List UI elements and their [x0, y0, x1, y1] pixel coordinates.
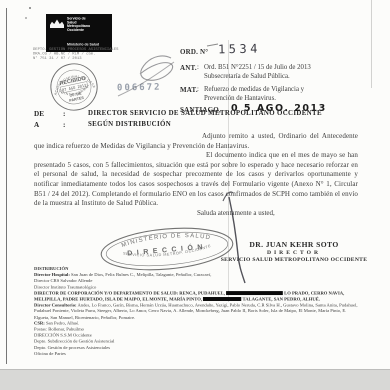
de-label: DE [34, 110, 44, 118]
a-label: A [34, 121, 39, 129]
signatory-organization: SERVICIO SALUD METROPOLITANO OCCIDENTE [215, 257, 373, 263]
mat-line1: Refuerzo de medidas de Vigilancia y [204, 86, 364, 95]
ant-line2: Subsecretaría de Salud Pública. [204, 73, 364, 82]
scanner-background [0, 369, 390, 390]
ord-number: 1534 [218, 42, 261, 57]
folio-number: 006672 [117, 83, 162, 94]
signatory-name: DR. JUAN KEHR SOTO [215, 240, 373, 249]
distribution-text: San Juan de Dios, Felix Bulnes C., Melip… [70, 272, 212, 277]
a-colon: : [63, 121, 65, 129]
scanned-document-page: Servicio de Salud Metropolitano Occident… [0, 0, 390, 390]
distribution-text: RENCA, PUDAHUEL, [178, 290, 226, 295]
ant-line1: Ord. B51 N°2251 / 15 de Julio de 2013 [204, 64, 364, 73]
de-colon: : [63, 110, 65, 118]
distribution-bold-prefix: DIRECTOR DE CORPORACIÓN Y/O DEPARTAMENTO… [34, 290, 178, 295]
ant-colon: : [197, 64, 199, 73]
signatory-title: DIRECTOR [215, 250, 373, 256]
scan-edge-right [371, 0, 372, 88]
distribution-list: DISTRIBUCIÓN Director Hospital: San Juan… [34, 266, 360, 357]
redaction-bar [226, 291, 283, 295]
closing-salutation: Saluda atentamente a usted, [197, 209, 275, 217]
mat-label: MAT. [180, 86, 198, 94]
distribution-text: TALAGANTE, SAN PEDRO, ALHUÉ. [241, 296, 320, 301]
ink-dot [25, 17, 27, 19]
a-value: SEGÚN DISTRIBUCIÓN [88, 121, 171, 128]
pen-dash [207, 44, 218, 46]
scan-edge-left [6, 8, 7, 364]
distribution-bold-prefix: Director Consultorio: [34, 302, 77, 307]
distribution-bold-prefix: Director Hospital: [34, 272, 70, 277]
distribution-line-oficina: Oficina de Partes [34, 351, 360, 357]
mat-line2: Prevención de Hantavirus. [204, 95, 364, 104]
distribution-line-corporacion: DIRECTOR DE CORPORACIÓN Y/O DEPARTAMENTO… [34, 290, 360, 302]
letter-body: Adjunto remito a usted, Ordinario del An… [34, 132, 358, 209]
logo-text: Servicio de Salud Metropolitano Occident… [67, 17, 90, 32]
distribution-text: Andes, Lo Franco, Garín, Bisma, Hernán U… [34, 302, 357, 319]
mat-text: Refuerzo de medidas de Vigilancia y Prev… [204, 86, 364, 103]
ant-text: Ord. B51 N°2251 / 15 de Julio de 2013 Su… [204, 64, 364, 81]
body-paragraph-1: Adjunto remito a usted, Ordinario del An… [34, 132, 358, 151]
mat-colon: : [197, 86, 199, 95]
body-paragraph-2: El documento indica que en el mes de may… [34, 151, 358, 209]
redaction-bar [203, 297, 241, 301]
government-logo: Servicio de Salud Metropolitano Occident… [46, 14, 112, 52]
coat-of-arms-icon [50, 19, 64, 28]
signatory-block: DR. JUAN KEHR SOTO DIRECTOR SERVICIO SAL… [215, 240, 373, 263]
logo-line: Occidente [67, 28, 90, 32]
logo-footer: Ministerio de Salud [67, 43, 99, 47]
distribution-text: San Pedro, Alhué. [45, 321, 80, 326]
ord-label: ORD. N° [180, 48, 208, 56]
ant-label: ANT. [180, 64, 197, 72]
de-value: DIRECTOR SERVICIO DE SALUD METROPOLITANO… [88, 110, 322, 117]
ink-dot [29, 7, 31, 9]
distribution-line-consultorio: Director Consultorio: Andes, Lo Franco, … [34, 302, 360, 320]
distribution-bold-prefix: CSR: [34, 321, 45, 326]
